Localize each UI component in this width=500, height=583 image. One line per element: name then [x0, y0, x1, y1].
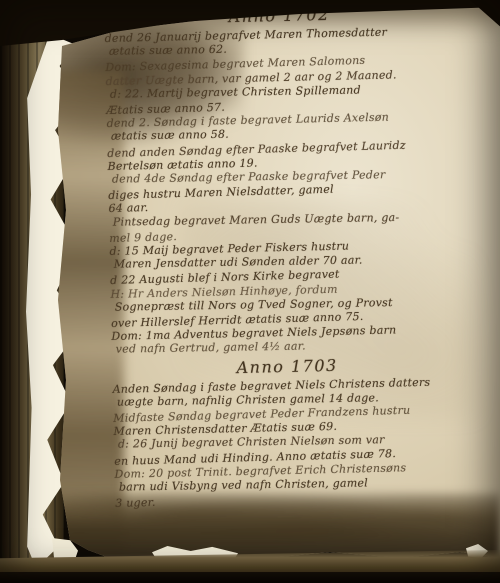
- manuscript-photo: Anno 1702dend 26 Januarij begrafvet Mare…: [0, 0, 500, 583]
- photo-dark-border-bottom: [0, 572, 500, 583]
- manuscript-text: Anno 1702dend 26 Januarij begrafvet Mare…: [104, 0, 500, 510]
- manuscript-page: Anno 1702dend 26 Januarij begrafvet Mare…: [40, 0, 500, 583]
